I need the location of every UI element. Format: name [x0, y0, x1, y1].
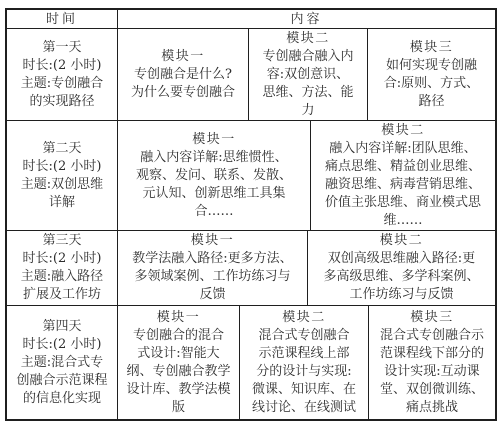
table-row-day3: 第三天 时长:(2 小时) 主题:融入路径 扩展及工作坊 模块一 教学法融入路径… [7, 230, 495, 305]
day3-time-cell: 第三天 时长:(2 小时) 主题:融入路径 扩展及工作坊 [7, 231, 118, 305]
module-title: 模块一 [161, 48, 205, 66]
header-row: 时间 内容 [7, 10, 495, 28]
module-body: 融入内容详解:团队思维、 痛点思维、精益创业思维、 融资思维、病毒营销思维、 价… [325, 140, 481, 230]
module-title: 模块二 [282, 309, 326, 327]
module-body: 专创融合是什么? 为什么要专创融合 [131, 66, 235, 102]
day2-module2-cell: 模块二 融入内容详解:团队思维、 痛点思维、精益创业思维、 融资思维、病毒营销思… [311, 121, 495, 230]
day2-module1-cell: 模块一 融入内容详解:思维惯性、 观察、发问、联系、发散、 元认知、创新思维工具… [118, 121, 311, 230]
module-title: 模块一 [157, 309, 201, 327]
module-body: 专创融合融入内 容:双创意识、 思维、方法、能 力 [262, 48, 353, 120]
document-page: 时间 内容 第一天 时长:(2 小时) 主题:专创融合 的实现路径 模块一 专创… [0, 0, 502, 423]
day2-time-cell: 第二天 时长:(2 小时) 主题:双创思维 详解 [7, 121, 118, 230]
table-row-day1: 第一天 时长:(2 小时) 主题:专创融合 的实现路径 模块一 专创融合是什么?… [7, 28, 495, 120]
module-title: 模块二 [381, 122, 425, 140]
module-body: 融入内容详解:思维惯性、 观察、发问、联系、发散、 元认知、创新思维工具集 合…… [136, 149, 292, 221]
content-column-header: 内容 [118, 10, 495, 28]
module-body: 专创融合的混合 式设计:智能大 纲、专创融合教学 设计库、教学法模 版 [126, 327, 230, 417]
module-body: 双创高级思维融入路径:更 多高级思维、多学科案例、 工作坊练习与反馈 [323, 250, 479, 304]
module-title: 模块三 [410, 309, 454, 327]
time-column-header: 时间 [7, 10, 118, 28]
schedule-table: 时间 内容 第一天 时长:(2 小时) 主题:专创融合 的实现路径 模块一 专创… [5, 8, 497, 421]
module-body: 混合式专创融合示 范课程线下部分的 设计实现:互动课 堂、双创微训练、 痛点挑战 [380, 327, 484, 417]
module-title: 模块二 [380, 232, 424, 250]
day1-time-cell: 第一天 时长:(2 小时) 主题:专创融合 的实现路径 [7, 29, 118, 120]
module-body: 混合式专创融合 示范课程线上部 分的设计与实现: 微课、知识库、在 线讨论、在线… [252, 327, 356, 417]
module-title: 模块一 [191, 232, 235, 250]
day4-time-cell: 第四天 时长:(2 小时) 主题:混合式专 创融合示范课程 的信息化实现 [7, 306, 118, 419]
day1-module3-cell: 模块三 如何实现专创融 合:原则、方式、 路径 [368, 29, 495, 120]
module-title: 模块二 [286, 30, 330, 48]
module-body: 教学法融入路径:更多方法、 多领域案例、工作坊练习与 反馈 [132, 250, 292, 304]
day4-module2-cell: 模块二 混合式专创融合 示范课程线上部 分的设计与实现: 微课、知识库、在 线讨… [240, 306, 369, 419]
module-title: 模块一 [192, 131, 236, 149]
table-row-day2: 第二天 时长:(2 小时) 主题:双创思维 详解 模块一 融入内容详解:思维惯性… [7, 120, 495, 230]
day1-module1-cell: 模块一 专创融合是什么? 为什么要专创融合 [118, 29, 249, 120]
module-body: 如何实现专创融 合:原则、方式、 路径 [384, 57, 479, 111]
table-row-day4: 第四天 时长:(2 小时) 主题:混合式专 创融合示范课程 的信息化实现 模块一… [7, 305, 495, 419]
day1-module2-cell: 模块二 专创融合融入内 容:双创意识、 思维、方法、能 力 [249, 29, 368, 120]
day3-module2-cell: 模块二 双创高级思维融入路径:更 多高级思维、多学科案例、 工作坊练习与反馈 [308, 231, 495, 305]
module-title: 模块三 [410, 39, 454, 57]
day3-module1-cell: 模块一 教学法融入路径:更多方法、 多领域案例、工作坊练习与 反馈 [118, 231, 308, 305]
day4-module1-cell: 模块一 专创融合的混合 式设计:智能大 纲、专创融合教学 设计库、教学法模 版 [118, 306, 240, 419]
day4-module3-cell: 模块三 混合式专创融合示 范课程线下部分的 设计实现:互动课 堂、双创微训练、 … [369, 306, 495, 419]
